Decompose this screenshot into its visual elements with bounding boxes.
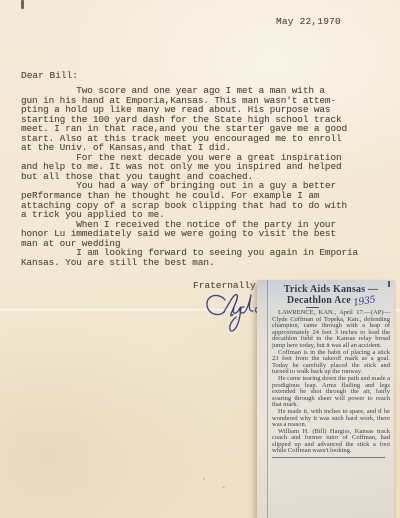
- letter-salutation: Dear Bill:: [21, 70, 78, 81]
- clipping-paragraph: He made it, with inches to spare, and if…: [272, 409, 390, 429]
- clipping-headline-line2: Decathlon Ace: [287, 295, 351, 306]
- scanned-letter-page: May 22,1970 Dear Bill: Two score and one…: [0, 0, 400, 518]
- clipping-paragraph: William H. (Bill) Hargiss, Kansas track …: [272, 429, 390, 455]
- paper-speck: [222, 486, 225, 488]
- clipping-paragraph: Coffman is in the habit of placing a sti…: [272, 350, 390, 376]
- letter-date: May 22,1970: [276, 16, 341, 27]
- headline-divider: [306, 307, 319, 308]
- clipping-article-text: LAWRENCE, KAN., April 17.—(AP)—Clyde Cof…: [272, 310, 390, 455]
- newspaper-clipping: Trick Aids Kansas — Decathlon Ace1935 LA…: [257, 280, 394, 518]
- clipping-headline: Trick Aids Kansas — Decathlon Ace1935: [272, 285, 390, 306]
- clipping-paragraph: LAWRENCE, KAN., April 17.—(AP)—Clyde Cof…: [272, 310, 390, 350]
- clipping-column: Trick Aids Kansas — Decathlon Ace1935 LA…: [267, 280, 394, 518]
- handwritten-year: 1935: [352, 295, 376, 309]
- pen-mark: [388, 281, 390, 287]
- article-end-rule: [272, 457, 385, 458]
- clipping-headline-line1: Trick Aids Kansas —: [284, 284, 378, 295]
- letter-body: Two score and one year ago I met a man w…: [21, 86, 358, 267]
- paper-smudge-mark: [21, 0, 24, 9]
- clipping-paragraph: He came tearing down the path and made a…: [272, 376, 390, 409]
- paper-speck: [203, 478, 205, 480]
